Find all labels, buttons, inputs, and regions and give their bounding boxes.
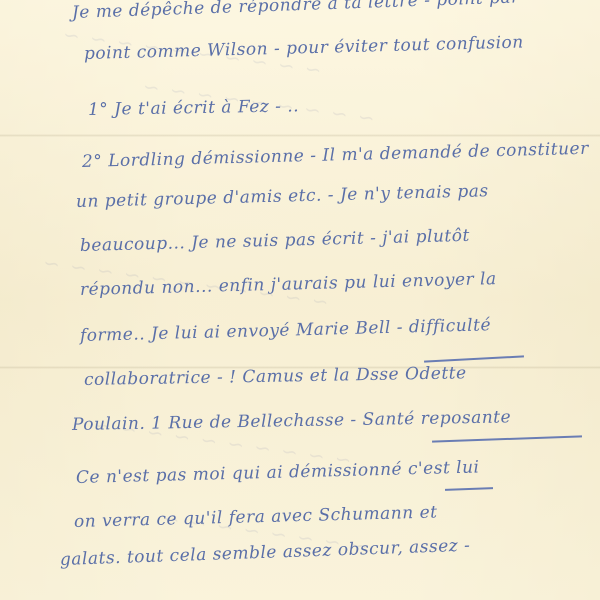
letter-line: 1° Je t'ai écrit à Fez - .. [88, 96, 299, 120]
paper-fold-line [0, 134, 600, 137]
